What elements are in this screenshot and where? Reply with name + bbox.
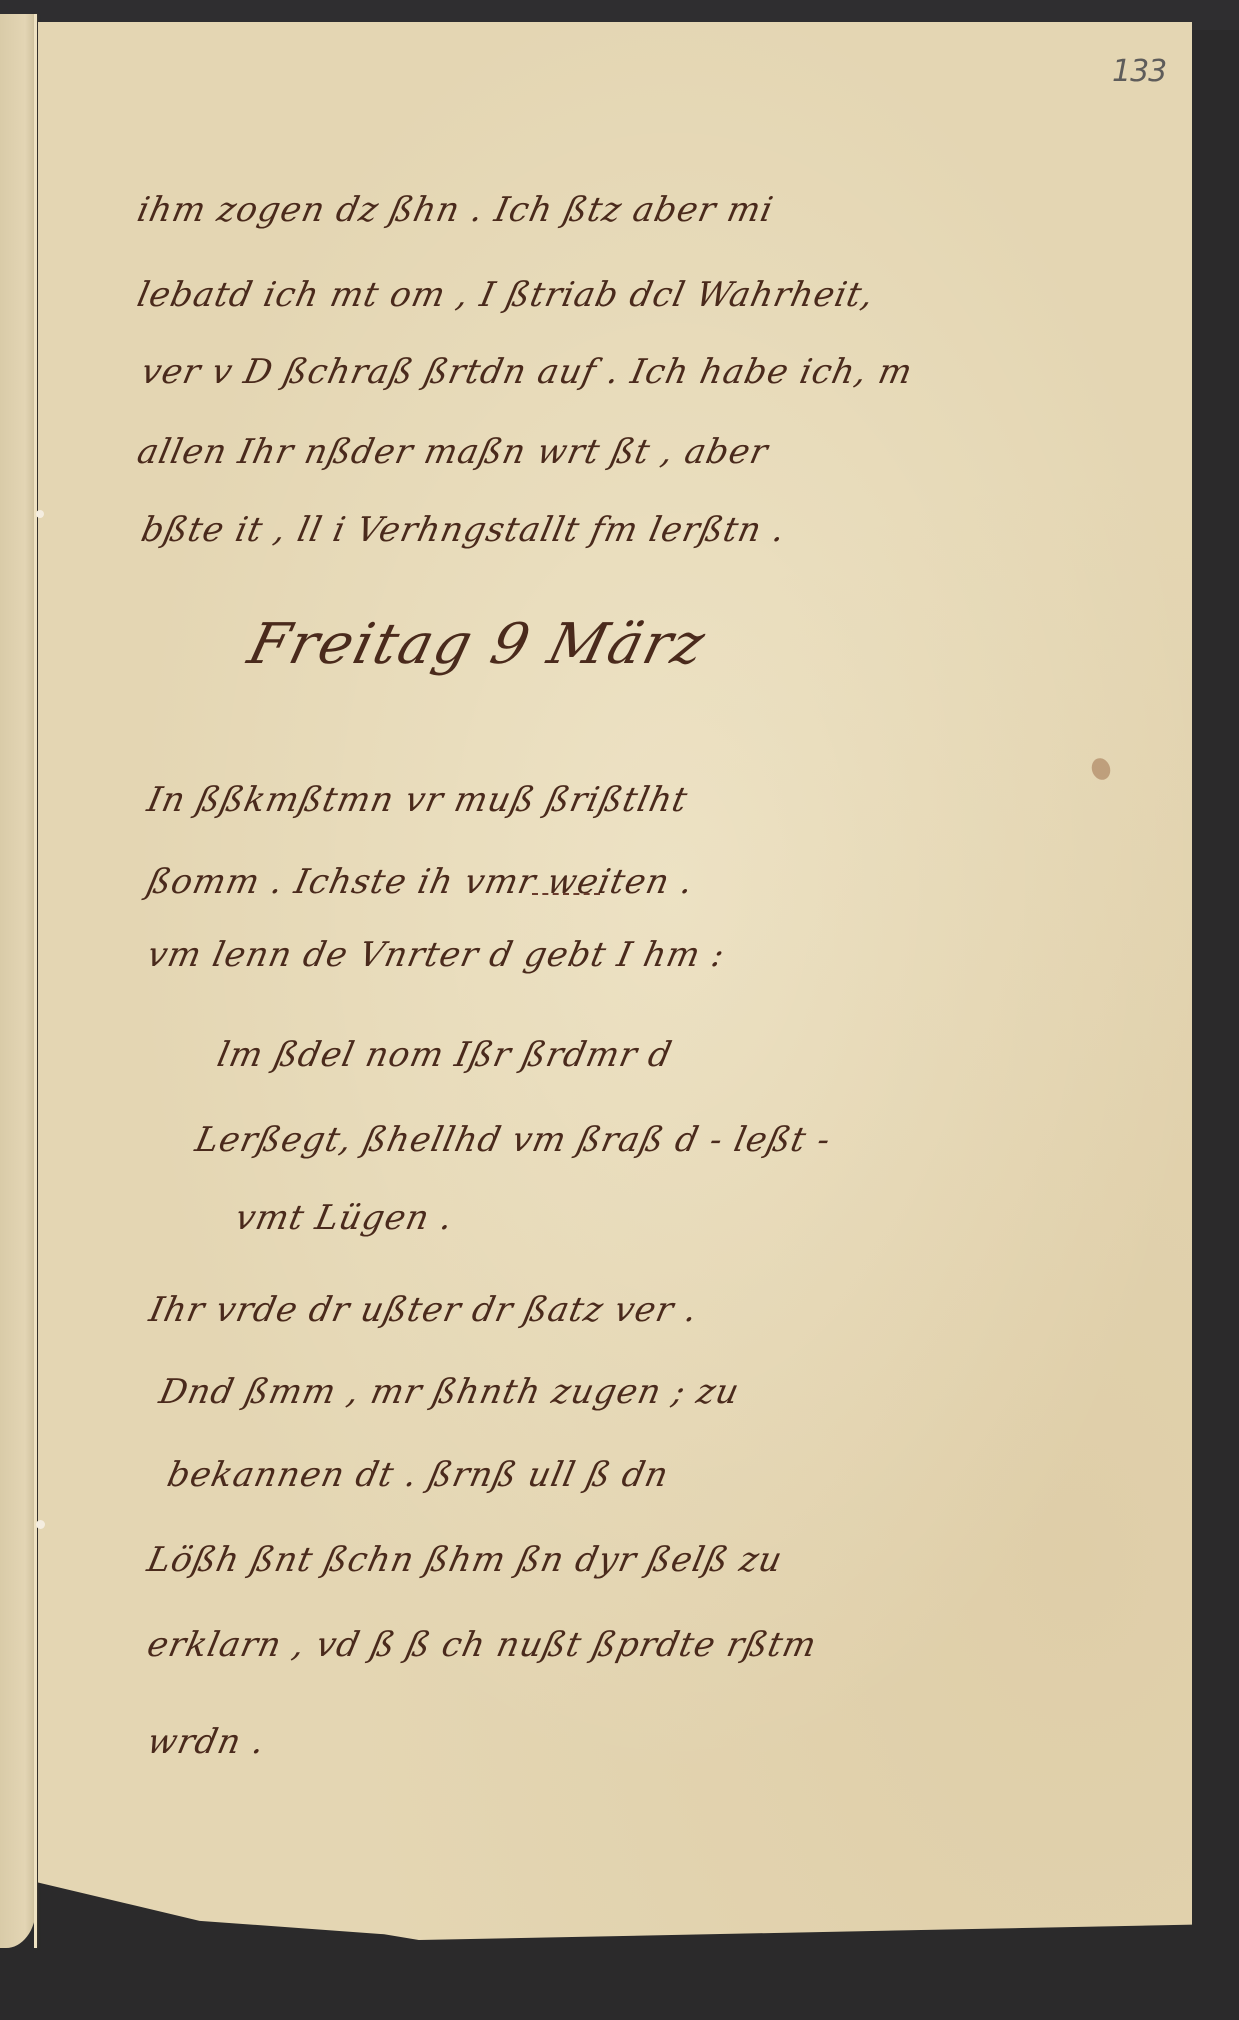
handwritten-line: Lerßegt, ßhellhd vm ßraß d - leßt - <box>192 1120 835 1160</box>
handwritten-line: bekannen dt . ßrnß ull ß dn <box>164 1455 673 1495</box>
paper-tear-mark <box>36 1520 45 1529</box>
folio-number: 133 <box>1112 54 1166 89</box>
handwritten-line: bßte it , ll i Verhngstallt fm lerßtn . <box>138 510 790 550</box>
handwritten-line: Dnd ßmm , mr ßhnth zugen ; zu <box>156 1372 744 1412</box>
handwritten-line: In ßßkmßtmn vr muß ßrißtlht <box>144 780 692 820</box>
handwritten-line: erklarn , vd ß ß ch nußt ßprdte rßtm <box>144 1625 821 1665</box>
handwritten-line: Ihr vrde dr ußter dr ßatz ver . <box>146 1290 702 1330</box>
handwritten-line: Lößh ßnt ßchn ßhm ßn dyr ßelß zu <box>144 1540 787 1580</box>
handwritten-line: vm lenn de Vnrter d gebt I hm : <box>144 935 729 975</box>
handwritten-line: ihm zogen dz ßhn . Ich ßtz aber mi <box>134 190 777 230</box>
handwritten-line: wrdn . <box>144 1722 269 1762</box>
handwritten-line: lm ßdel nom Ißr ßrdmr d <box>214 1035 676 1075</box>
paper-tear-mark <box>36 510 44 518</box>
handwritten-line: ver v D ßchraß ßrtdn auf . Ich habe ich,… <box>138 352 917 392</box>
handwritten-line: ßomm . Ichste ih vmr weiten . <box>144 862 697 902</box>
handwritten-line: allen Ihr nßder maßn wrt ßt , aber <box>134 432 772 472</box>
date-heading: Freitag 9 März <box>242 612 713 677</box>
handwritten-line: vmt Lügen . <box>232 1198 457 1238</box>
underline-mark <box>532 893 600 895</box>
binding-gutter <box>34 14 37 1948</box>
facing-page-edge <box>0 14 36 1948</box>
handwritten-line: lebatd ich mt om , I ßtriab dcl Wahrheit… <box>134 275 878 315</box>
